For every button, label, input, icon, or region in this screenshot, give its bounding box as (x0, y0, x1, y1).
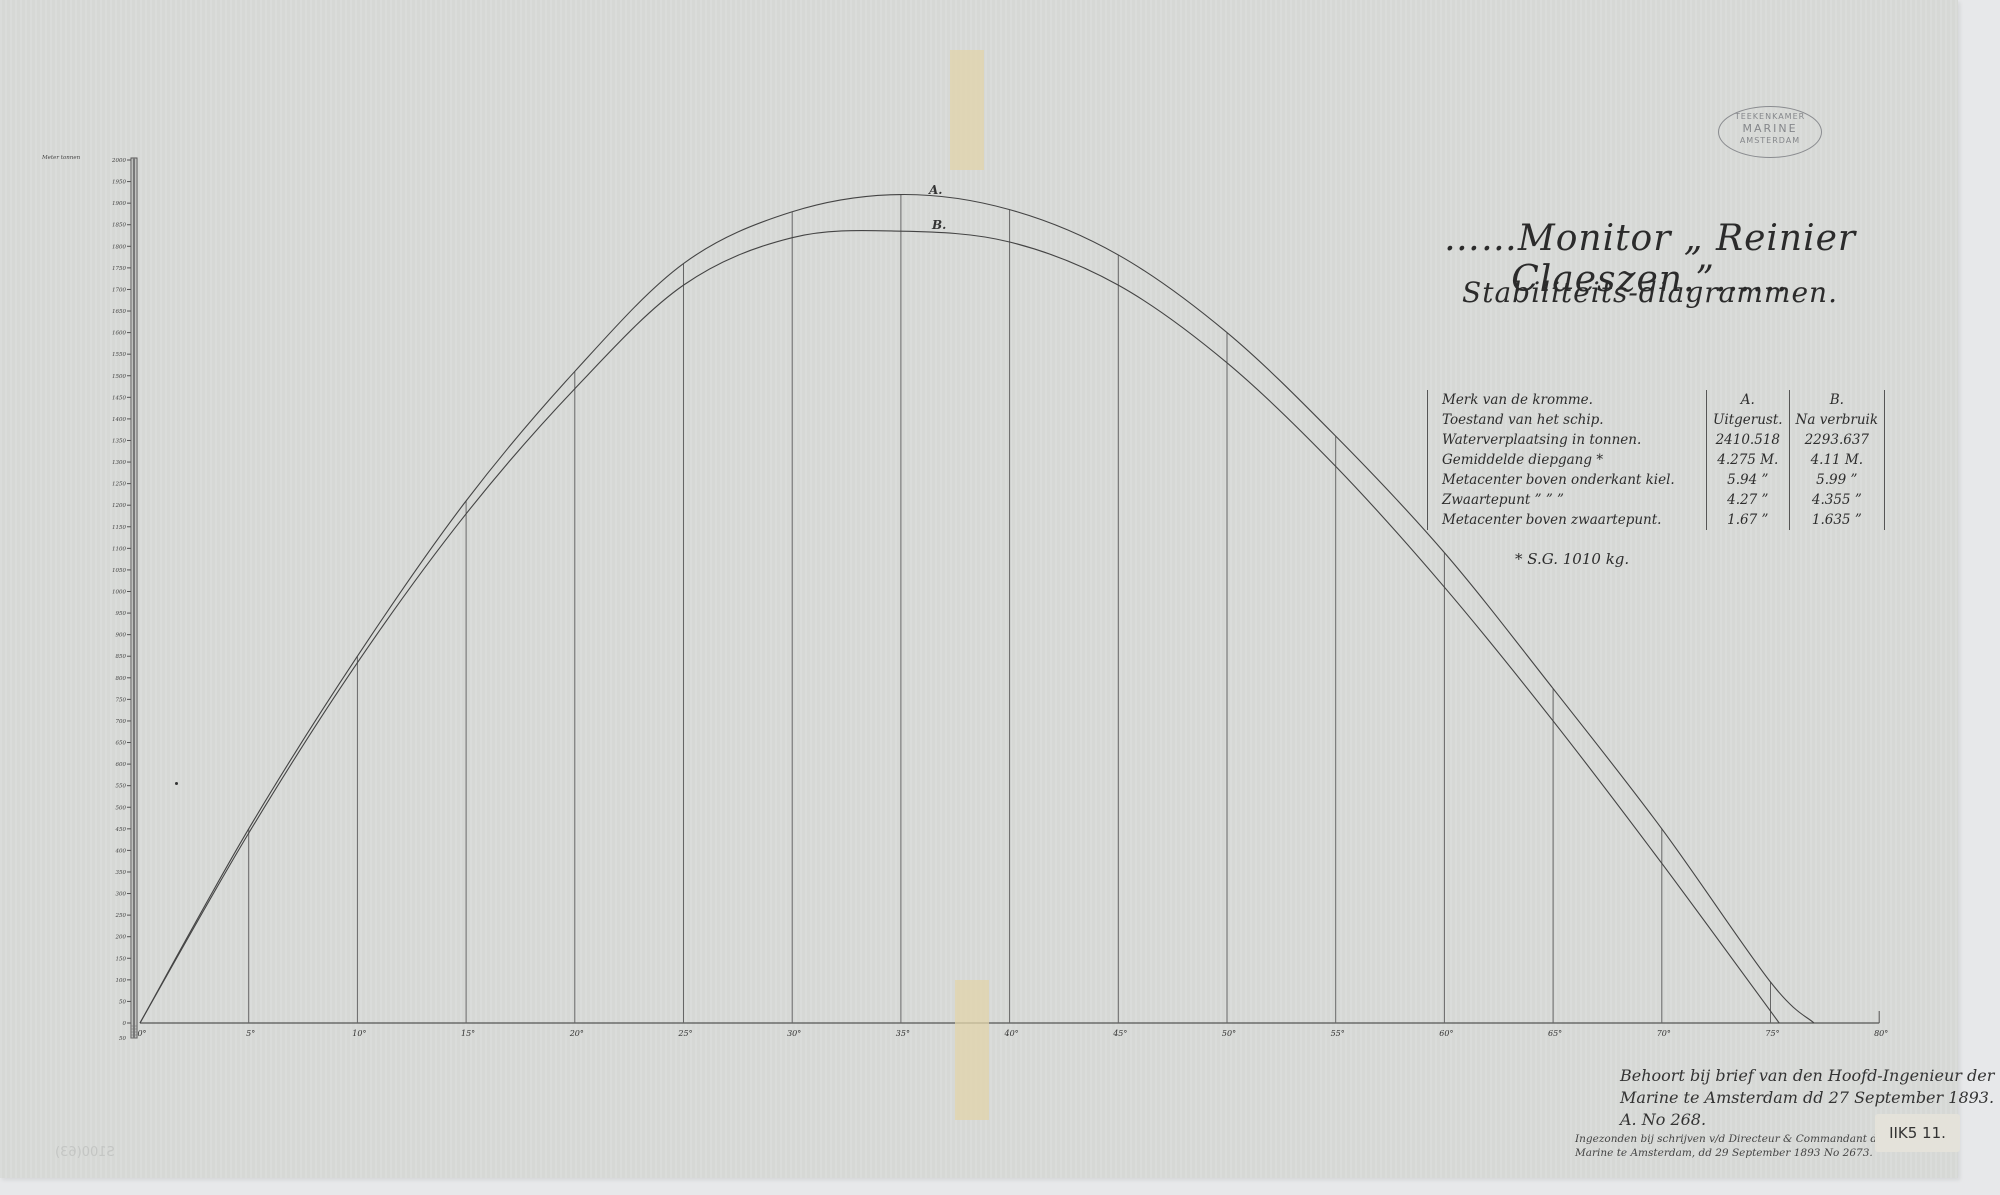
y-tick-label: 1350 (112, 438, 126, 444)
catalog-label: IIK5 11. (1875, 1114, 1960, 1152)
curve-a (140, 195, 1814, 1023)
y-tick-label: 650 (116, 741, 127, 747)
y-tick-label: 350 (116, 870, 127, 876)
y-tick-label: 1850 (112, 223, 126, 229)
x-tick-label: 55° (1331, 1029, 1345, 1038)
y-tick-label: 400 (115, 848, 127, 854)
table-row: Gemiddelde diepgang *4.275 M.4.11 M. (1428, 450, 1885, 470)
y-tick-label: 550 (116, 784, 127, 790)
y-tick-label: 1300 (112, 460, 126, 466)
y-tick-label: 1700 (112, 287, 126, 293)
y-tick-label: 1100 (112, 546, 126, 552)
x-tick-label: 50° (1222, 1029, 1236, 1038)
x-tick-label: 35° (896, 1029, 910, 1038)
x-tick-label: 70° (1657, 1029, 1671, 1038)
y-tick-label: 600 (116, 762, 127, 768)
x-tick-label: 60° (1439, 1029, 1453, 1038)
x-tick-label: 30° (787, 1029, 801, 1038)
y-tick-label: 150 (116, 956, 127, 962)
y-tick-label: 1950 (112, 180, 126, 186)
x-tick-label: 15° (461, 1029, 475, 1038)
y-tick-label: 950 (116, 611, 127, 617)
y-tick-label: 900 (116, 633, 127, 639)
page-subtitle: Stabiliteits-diagrammen. (1400, 276, 1900, 309)
x-tick-label: 20° (569, 1029, 584, 1038)
table-row: Toestand van het schip.Uitgerust.Na verb… (1428, 410, 1885, 430)
x-tick-label: 45° (1112, 1029, 1127, 1038)
tape-bottom (955, 980, 989, 1120)
y-tick-label: 1050 (112, 568, 126, 574)
tape-top (950, 50, 984, 170)
table-header-row: Merk van de kromme. A. B. (1428, 390, 1885, 410)
ship-data-table: Merk van de kromme. A. B. Toestand van h… (1427, 390, 1885, 530)
curve-a-label: A. (929, 183, 943, 197)
specific-gravity-footnote: * S.G. 1010 kg. (1515, 550, 1629, 568)
y-tick-label: 1500 (112, 374, 126, 380)
x-tick-label: 0° (137, 1029, 146, 1038)
x-tick-label: 40° (1004, 1029, 1019, 1038)
table-row: Waterverplaatsing in tonnen.2410.5182293… (1428, 430, 1885, 450)
y-tick-label: 1150 (112, 525, 126, 531)
table-row: Metacenter boven onderkant kiel.5.94 ”5.… (1428, 470, 1885, 490)
table-row: Zwaartepunt ” ” ”4.27 ”4.355 ” (1428, 490, 1885, 510)
submission-note: Ingezonden bij schrijven v/d Directeur &… (1575, 1132, 1888, 1160)
svg-text:50: 50 (119, 1036, 126, 1042)
y-tick-label: 100 (116, 978, 127, 984)
y-tick-label: 50 (119, 999, 126, 1005)
y-tick-label: 1450 (112, 395, 126, 401)
x-tick-label: 80° (1874, 1029, 1888, 1038)
y-tick-label: 1900 (112, 201, 126, 207)
teekenkamer-stamp: TEEKENKAMER MARINE AMSTERDAM (1718, 106, 1822, 158)
y-tick-label: 1650 (112, 309, 126, 315)
curve-b-label: B. (932, 218, 946, 232)
y-tick-label: 800 (116, 676, 127, 682)
x-tick-label: 65° (1548, 1029, 1562, 1038)
y-tick-label: 1750 (112, 266, 126, 272)
y-tick-label: 0 (123, 1021, 127, 1027)
x-tick-label: 25° (677, 1029, 692, 1038)
y-tick-label: 1250 (112, 482, 126, 488)
x-tick-label: 5° (246, 1029, 255, 1038)
y-tick-label: 2000 (111, 158, 126, 164)
y-tick-label: 450 (115, 827, 127, 833)
y-tick-label: 1550 (112, 352, 126, 358)
y-tick-label: 500 (116, 805, 127, 811)
y-tick-label: 1400 (112, 417, 126, 423)
y-tick-label: 1000 (112, 590, 126, 596)
table-row: Metacenter boven zwaartepunt.1.67 ”1.635… (1428, 510, 1885, 530)
stability-chart: 0501001502002503003504004505005506006507… (0, 0, 2000, 1195)
y-tick-label: 850 (116, 654, 127, 660)
ink-dot (175, 782, 178, 785)
y-tick-label: 1800 (112, 244, 126, 250)
y-tick-label: 200 (115, 935, 127, 941)
y-axis-title: Meter tonnen (42, 155, 80, 161)
y-tick-label: 250 (115, 913, 127, 919)
archive-stamp: S100(63) (55, 1145, 115, 1160)
y-tick-label: 750 (116, 697, 127, 703)
x-tick-label: 10° (352, 1029, 366, 1038)
y-tick-label: 700 (116, 719, 127, 725)
curve-b (140, 231, 1779, 1023)
y-tick-label: 1200 (112, 503, 126, 509)
y-tick-label: 1600 (112, 331, 126, 337)
y-tick-label: 300 (116, 892, 127, 898)
x-tick-label: 75° (1765, 1029, 1779, 1038)
